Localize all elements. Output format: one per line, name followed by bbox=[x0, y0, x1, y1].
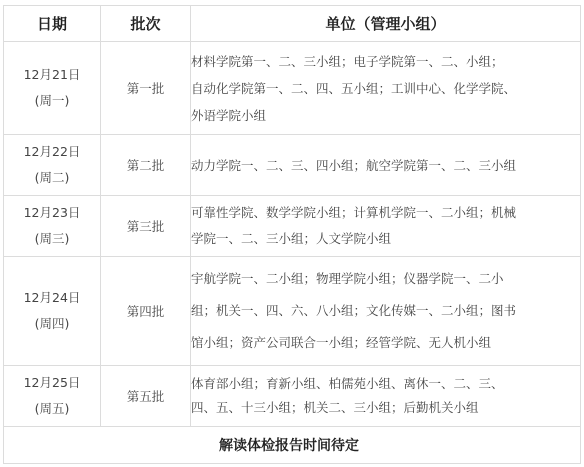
header-batch: 批次 bbox=[101, 6, 191, 42]
units-line: 可靠性学院、数学学院小组；计算机学院一、二小组；机械 bbox=[191, 200, 580, 226]
date: 12月24日 bbox=[4, 285, 100, 311]
units-line: 馆小组；资产公司联合一小组；经管学院、无人机小组 bbox=[191, 327, 580, 359]
date: 12月25日 bbox=[4, 370, 100, 396]
units-line: 材料学院第一、二、三小组；电子学院第一、二、小组； bbox=[191, 48, 580, 75]
table-row: 12月23日 (周三) 第三批 可靠性学院、数学学院小组；计算机学院一、二小组；… bbox=[4, 196, 581, 257]
table-row: 12月21日 (周一) 第一批 材料学院第一、二、三小组；电子学院第一、二、小组… bbox=[4, 42, 581, 135]
units-line: 学院一、二、三小组；人文学院小组 bbox=[191, 226, 580, 252]
schedule-table: 日期 批次 单位（管理小组） 12月21日 (周一) 第一批 材料学院第一、二、… bbox=[3, 5, 581, 464]
units-cell: 体育部小组；育新小组、柏儒苑小组、离休一、二、三、 四、五、十三小组；机关二、三… bbox=[191, 366, 581, 427]
date-cell: 12月22日 (周二) bbox=[4, 135, 101, 196]
units-cell: 可靠性学院、数学学院小组；计算机学院一、二小组；机械 学院一、二、三小组；人文学… bbox=[191, 196, 581, 257]
units-line: 自动化学院第一、二、四、五小组；工训中心、化学学院、 bbox=[191, 75, 580, 102]
weekday: (周二) bbox=[4, 165, 100, 191]
table-row: 12月22日 (周二) 第二批 动力学院一、二、三、四小组；航空学院第一、二、三… bbox=[4, 135, 581, 196]
footer-note: 解读体检报告时间待定 bbox=[4, 435, 580, 455]
weekday: (周三) bbox=[4, 226, 100, 252]
date: 12月21日 bbox=[4, 62, 100, 88]
units-line: 动力学院一、二、三、四小组；航空学院第一、二、三小组 bbox=[191, 156, 580, 174]
header-units: 单位（管理小组） bbox=[191, 6, 581, 42]
weekday: (周一) bbox=[4, 88, 100, 114]
date-cell: 12月24日 (周四) bbox=[4, 257, 101, 366]
units-cell: 宇航学院一、二小组；物理学院小组；仪器学院一、二小 组；机关一、四、六、八小组；… bbox=[191, 257, 581, 366]
units-cell: 材料学院第一、二、三小组；电子学院第一、二、小组； 自动化学院第一、二、四、五小… bbox=[191, 42, 581, 135]
batch-cell: 第一批 bbox=[101, 42, 191, 135]
footer-cell: 解读体检报告时间待定 bbox=[4, 427, 581, 464]
batch-cell: 第三批 bbox=[101, 196, 191, 257]
batch-cell: 第二批 bbox=[101, 135, 191, 196]
date-cell: 12月21日 (周一) bbox=[4, 42, 101, 135]
units-line: 组；机关一、四、六、八小组；文化传媒一、二小组；图书 bbox=[191, 295, 580, 327]
units-line: 宇航学院一、二小组；物理学院小组；仪器学院一、二小 bbox=[191, 263, 580, 295]
date: 12月22日 bbox=[4, 139, 100, 165]
units-line: 体育部小组；育新小组、柏儒苑小组、离休一、二、三、 bbox=[191, 372, 580, 396]
units-line: 外语学院小组 bbox=[191, 102, 580, 129]
batch-cell: 第四批 bbox=[101, 257, 191, 366]
table-row: 12月25日 (周五) 第五批 体育部小组；育新小组、柏儒苑小组、离休一、二、三… bbox=[4, 366, 581, 427]
header-row: 日期 批次 单位（管理小组） bbox=[4, 6, 581, 42]
weekday: (周五) bbox=[4, 396, 100, 422]
date-cell: 12月25日 (周五) bbox=[4, 366, 101, 427]
date: 12月23日 bbox=[4, 200, 100, 226]
footer-row: 解读体检报告时间待定 bbox=[4, 427, 581, 464]
table-row: 12月24日 (周四) 第四批 宇航学院一、二小组；物理学院小组；仪器学院一、二… bbox=[4, 257, 581, 366]
weekday: (周四) bbox=[4, 311, 100, 337]
units-cell: 动力学院一、二、三、四小组；航空学院第一、二、三小组 bbox=[191, 135, 581, 196]
date-cell: 12月23日 (周三) bbox=[4, 196, 101, 257]
units-line: 四、五、十三小组；机关二、三小组；后勤机关小组 bbox=[191, 396, 580, 420]
batch-cell: 第五批 bbox=[101, 366, 191, 427]
header-date: 日期 bbox=[4, 6, 101, 42]
